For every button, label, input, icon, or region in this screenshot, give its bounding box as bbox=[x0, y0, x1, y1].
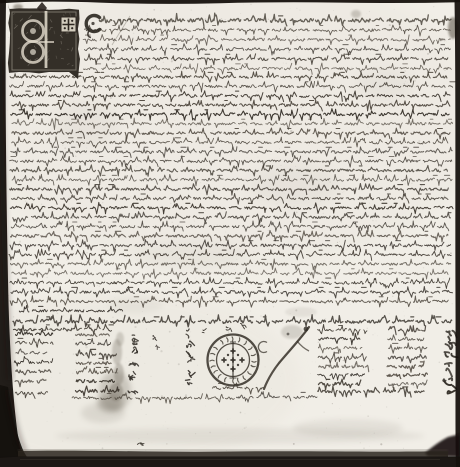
witness-signatures-right bbox=[318, 324, 428, 397]
manuscript-art bbox=[0, 0, 460, 467]
illuminated-initial bbox=[8, 2, 80, 79]
manuscript-photo bbox=[0, 0, 460, 467]
